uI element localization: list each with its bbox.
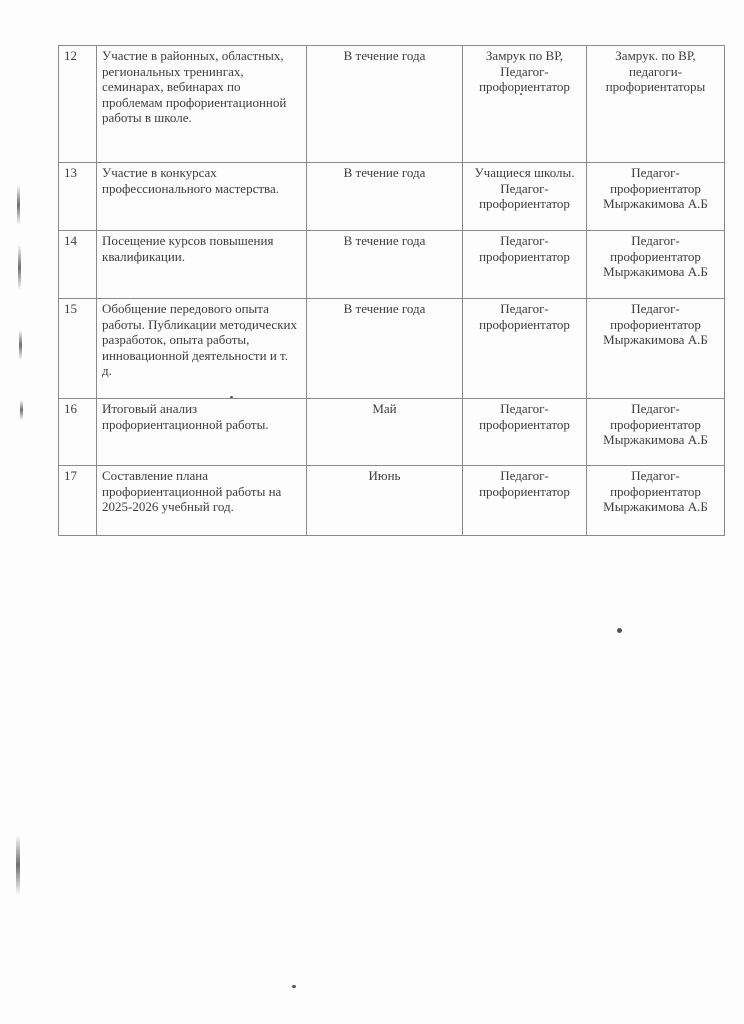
activity-cell: Посещение курсов повышения квалификации. [97, 231, 307, 299]
row-number: 14 [59, 231, 97, 299]
table-row: 14 Посещение курсов повышения квалификац… [59, 231, 725, 299]
row-number: 12 [59, 46, 97, 163]
scan-speck [520, 93, 522, 95]
table-row: 16 Итоговый анализ профориентационной ра… [59, 399, 725, 466]
scan-speck [617, 628, 622, 633]
table-row: 15 Обобщение передового опыта работы. Пу… [59, 299, 725, 399]
responsible-cell: Педагог-профориентатор Мыржакимова А.Б [587, 466, 725, 536]
term-cell: В течение года [307, 46, 463, 163]
scanned-page: 12 Участие в районных, областных, регион… [0, 0, 744, 1024]
scan-speck [292, 985, 296, 988]
term-cell: Июнь [307, 466, 463, 536]
row-number: 17 [59, 466, 97, 536]
responsible-cell: Педагог-профориентатор Мыржакимова А.Б [587, 163, 725, 231]
scan-artifact [20, 400, 23, 420]
table-row: 17 Составление плана профориентационной … [59, 466, 725, 536]
scan-artifact [17, 185, 20, 225]
activity-cell: Участие в районных, областных, региональ… [97, 46, 307, 163]
plan-table: 12 Участие в районных, областных, регион… [58, 45, 725, 536]
participants-cell: Педагог-профориентатор [463, 231, 587, 299]
scan-artifact [16, 835, 20, 895]
row-number: 15 [59, 299, 97, 399]
term-cell: В течение года [307, 163, 463, 231]
responsible-cell: Педагог-профориентатор Мыржакимова А.Б [587, 399, 725, 466]
row-number: 16 [59, 399, 97, 466]
participants-cell: Учащиеся школы. Педагог-профориентатор [463, 163, 587, 231]
term-cell: Май [307, 399, 463, 466]
responsible-cell: Педагог-профориентатор Мыржакимова А.Б [587, 231, 725, 299]
table-row: 13 Участие в конкурсах профессионального… [59, 163, 725, 231]
activity-cell: Участие в конкурсах профессионального ма… [97, 163, 307, 231]
activity-cell: Итоговый анализ профориентационной работ… [97, 399, 307, 466]
scan-artifact [18, 245, 21, 290]
participants-cell: Педагог-профориентатор [463, 299, 587, 399]
responsible-cell: Замрук. по ВР, педагоги-профориентаторы [587, 46, 725, 163]
term-cell: В течение года [307, 299, 463, 399]
participants-cell: Педагог-профориентатор [463, 466, 587, 536]
scan-artifact [19, 330, 22, 360]
activity-cell: Обобщение передового опыта работы. Публи… [97, 299, 307, 399]
participants-cell: Педагог-профориентатор [463, 399, 587, 466]
term-cell: В течение года [307, 231, 463, 299]
table-row: 12 Участие в районных, областных, регион… [59, 46, 725, 163]
row-number: 13 [59, 163, 97, 231]
activity-cell: Составление плана профориентационной раб… [97, 466, 307, 536]
participants-cell: Замрук по ВР, Педагог-профориентатор [463, 46, 587, 163]
scan-speck [230, 396, 233, 398]
responsible-cell: Педагог-профориентатор Мыржакимова А.Б [587, 299, 725, 399]
